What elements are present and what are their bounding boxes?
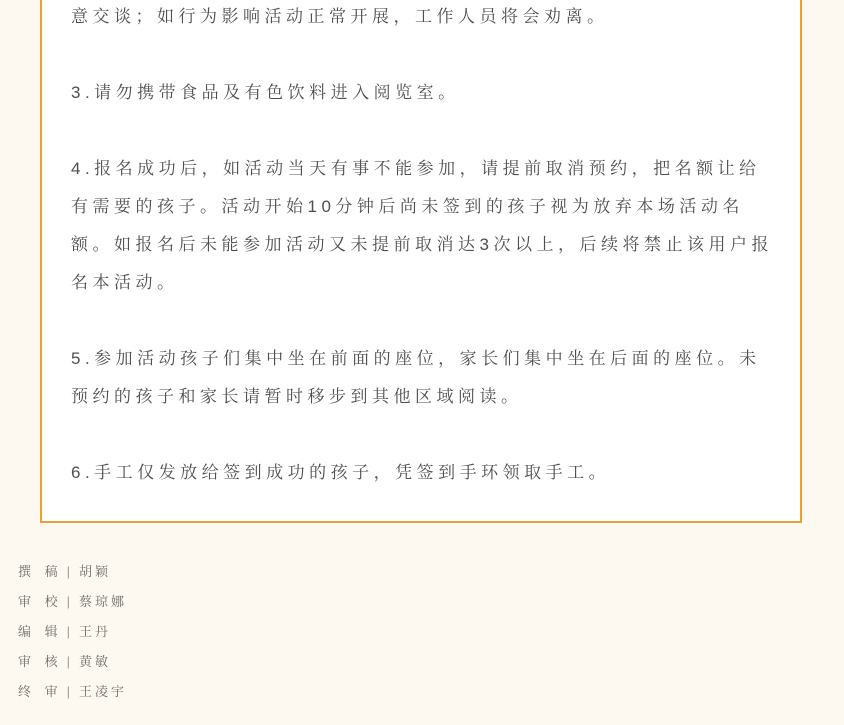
credit-role: 终 审 — [18, 684, 63, 699]
notice-line: 6.手工仅发放给签到成功的孩子，凭签到手环领取手工。 — [71, 454, 771, 492]
credit-name: 王凌宇 — [79, 684, 127, 699]
notice-line: 额。如报名后未能参加活动又未提前取消达3次以上，后续将禁止该用户报 — [71, 226, 771, 264]
notice-paragraph: 5.参加活动孩子们集中坐在前面的座位，家长们集中坐在后面的座位。未 预约的孩子和… — [71, 340, 771, 416]
notice-line: 3.请勿携带食品及有色饮料进入阅览室。 — [71, 74, 771, 112]
notice-line: 有需要的孩子。活动开始10分钟后尚未签到的孩子视为放弃本场活动名 — [71, 188, 771, 226]
credit-row: 审 核|黄敏 — [18, 647, 127, 677]
notice-line: 4.报名成功后，如活动当天有事不能参加，请提前取消预约，把名额让给 — [71, 150, 771, 188]
notice-box: 意交谈；如行为影响活动正常开展，工作人员将会劝离。 3.请勿携带食品及有色饮料进… — [40, 0, 802, 523]
notice-line: 意交谈；如行为影响活动正常开展，工作人员将会劝离。 — [71, 0, 771, 36]
credit-name: 黄敏 — [79, 654, 111, 669]
credit-row: 终 审|王凌宇 — [18, 677, 127, 707]
credit-name: 王丹 — [79, 624, 111, 639]
notice-line: 名本活动。 — [71, 264, 771, 302]
credit-separator: | — [67, 684, 70, 699]
credit-row: 审 校|蔡琼娜 — [18, 587, 127, 617]
footer-credits: 撰 稿|胡颖 审 校|蔡琼娜 编 辑|王丹 审 核|黄敏 终 审|王凌宇 — [18, 557, 127, 707]
credit-separator: | — [67, 624, 70, 639]
credit-role: 撰 稿 — [18, 564, 63, 579]
credit-row: 撰 稿|胡颖 — [18, 557, 127, 587]
credit-separator: | — [67, 654, 70, 669]
notice-line: 预约的孩子和家长请暂时移步到其他区域阅读。 — [71, 378, 771, 416]
credit-separator: | — [67, 594, 70, 609]
credit-role: 审 核 — [18, 654, 63, 669]
credit-row: 编 辑|王丹 — [18, 617, 127, 647]
credit-role: 编 辑 — [18, 624, 63, 639]
notice-paragraph: 6.手工仅发放给签到成功的孩子，凭签到手环领取手工。 — [71, 454, 771, 492]
credit-name: 胡颖 — [79, 564, 111, 579]
credit-name: 蔡琼娜 — [79, 594, 127, 609]
notice-paragraph: 3.请勿携带食品及有色饮料进入阅览室。 — [71, 74, 771, 112]
notice-line: 5.参加活动孩子们集中坐在前面的座位，家长们集中坐在后面的座位。未 — [71, 340, 771, 378]
notice-paragraph: 4.报名成功后，如活动当天有事不能参加，请提前取消预约，把名额让给 有需要的孩子… — [71, 150, 771, 302]
notice-paragraph: 意交谈；如行为影响活动正常开展，工作人员将会劝离。 — [71, 0, 771, 36]
credit-role: 审 校 — [18, 594, 63, 609]
credit-separator: | — [67, 564, 70, 579]
